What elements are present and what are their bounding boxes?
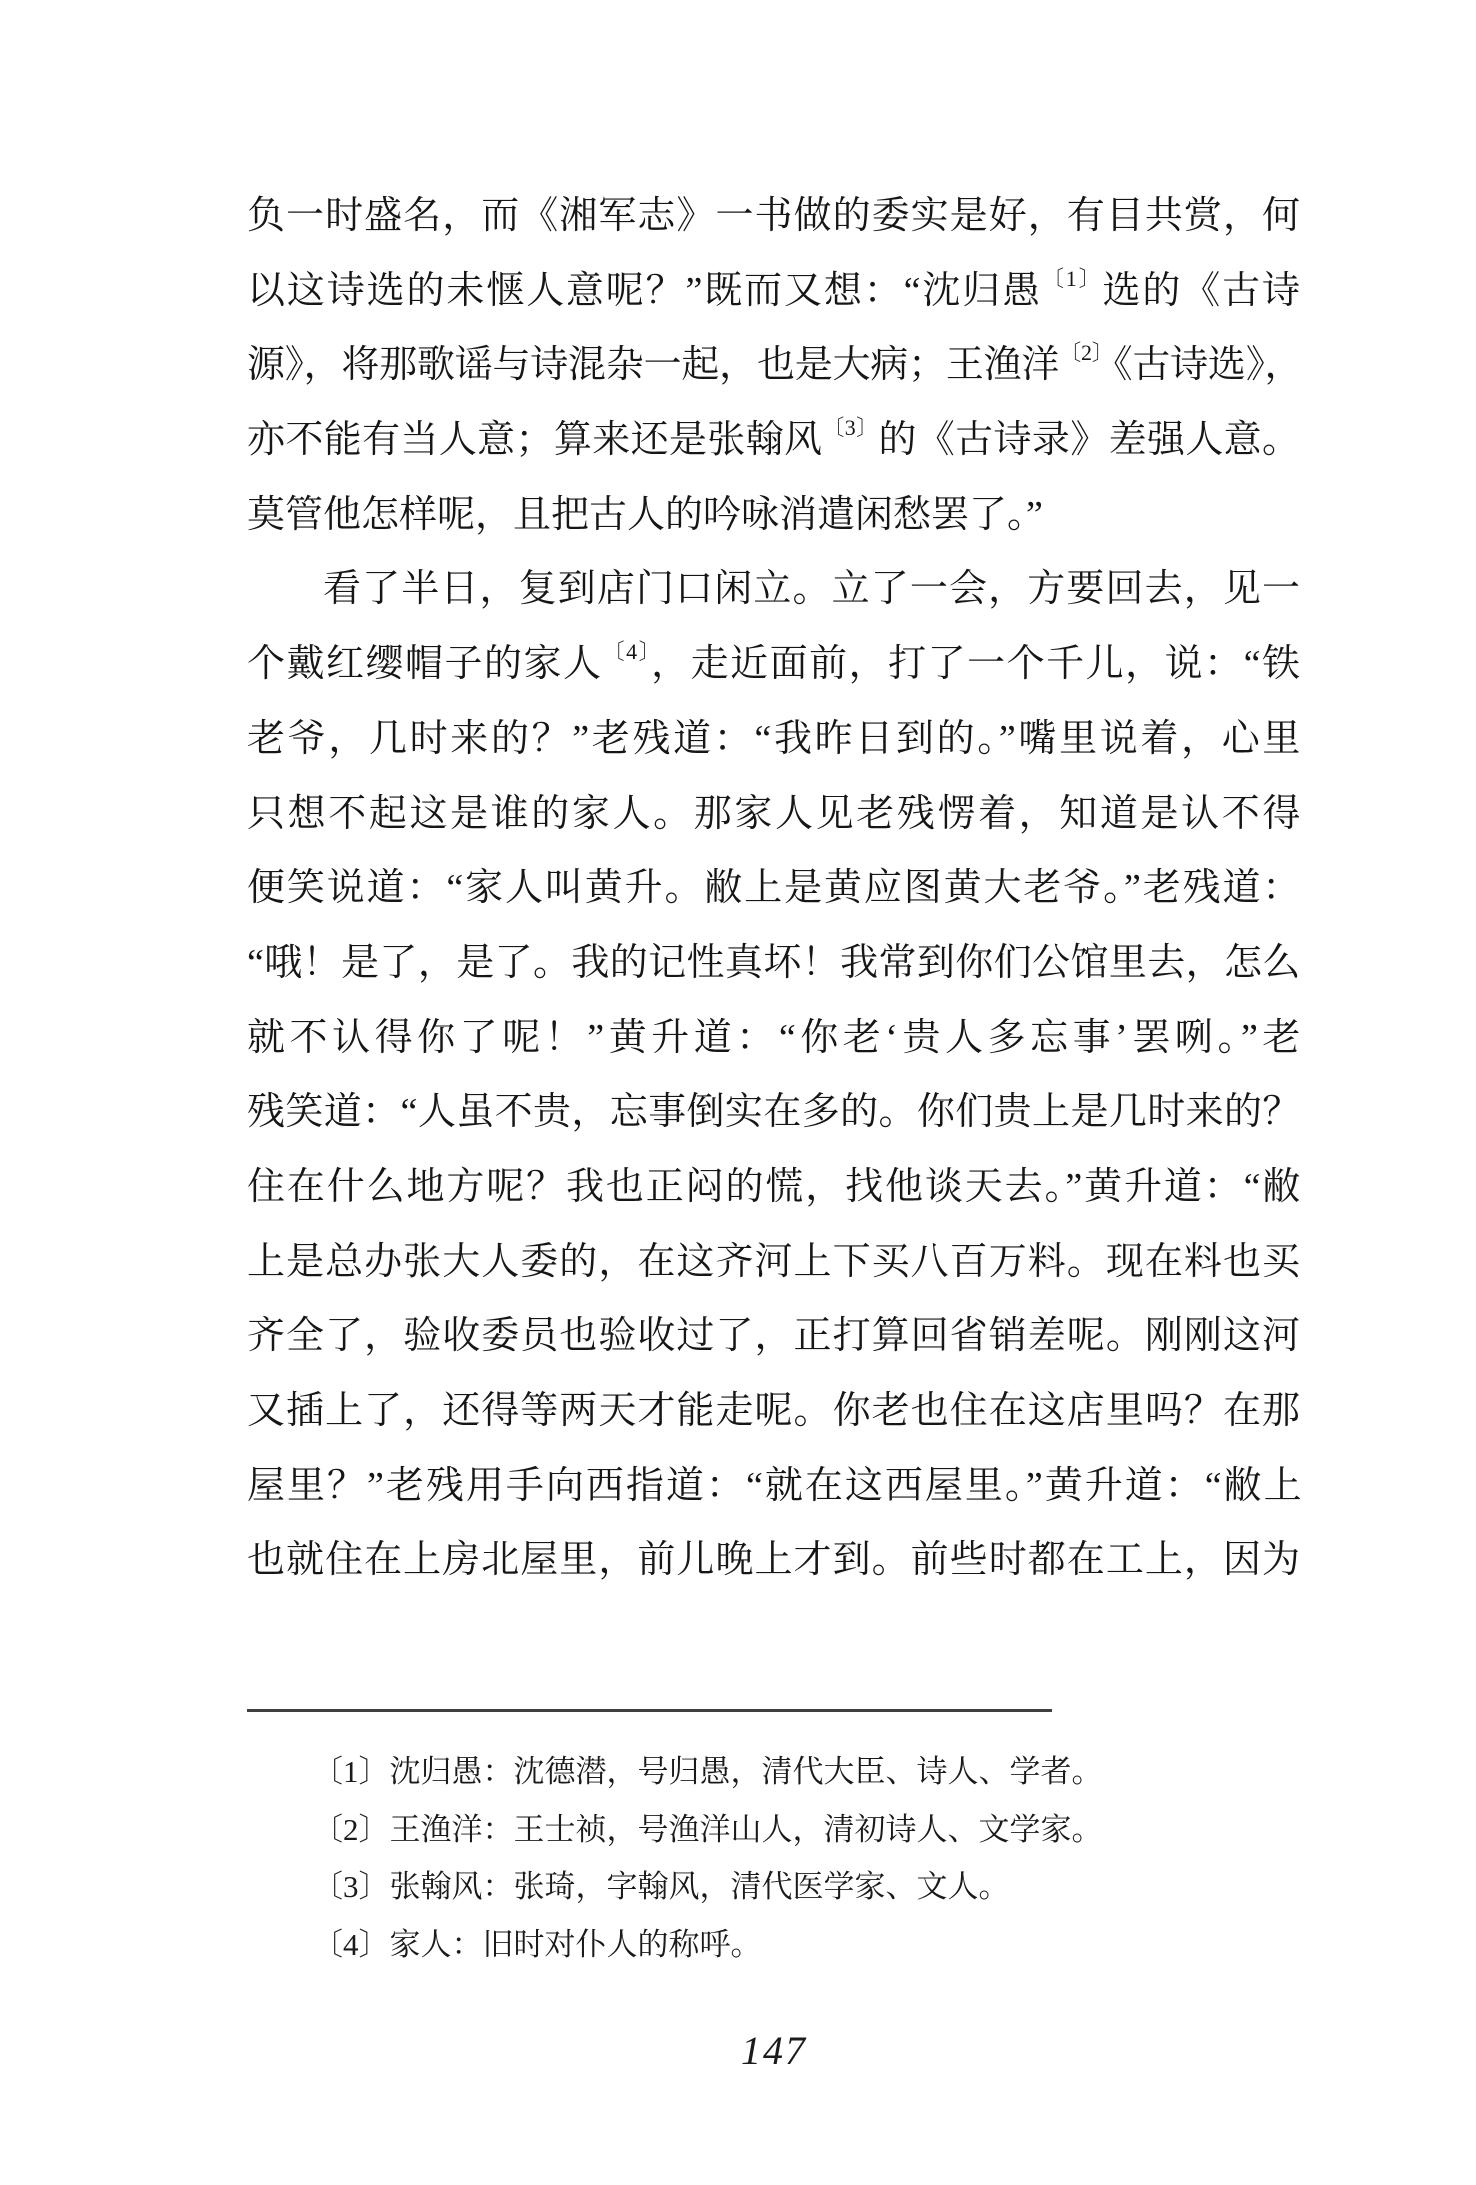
- text-run: 也就住在上房北屋里，前儿晚上才到。前些时都在工上，因为: [247, 1539, 1300, 1581]
- text-run: 屋里？”老残用手向西指道：“就在这西屋里。”黄升道：“敝上: [247, 1465, 1300, 1507]
- footnote-line: 〔3〕张翰风：张琦，字翰风，清代医学家、文人。: [312, 1858, 1362, 1916]
- footnote-ref: 〔1〕: [1042, 266, 1103, 291]
- text-line: 就不认得你了呢！”黄升道：“你老‘贵人多忘事’罢咧。”老: [247, 1001, 1300, 1076]
- text-run: 就不认得你了呢！”黄升道：“你老‘贵人多忘事’罢咧。”老: [247, 1017, 1300, 1059]
- footnote-ref: 〔3〕: [822, 415, 878, 440]
- text-run: 负一时盛名，而《湘军志》一书做的委实是好，有目共赏，何: [247, 195, 1300, 237]
- text-run: 残笑道：“人虽不贵，忘事倒实在多的。你们贵上是几时来的？: [247, 1091, 1300, 1133]
- text-line: 又插上了，还得等两天才能走呢。你老也住在这店里吗？在那: [247, 1374, 1300, 1449]
- text-line: 上是总办张大人委的，在这齐河上下买八百万料。现在料也买: [247, 1225, 1300, 1300]
- text-line: 个戴红缨帽子的家人〔4〕，走近面前，打了一个千儿，说：“铁: [247, 627, 1300, 702]
- text-run: 亦不能有当人意；算来还是张翰风: [247, 419, 822, 461]
- text-run: 《古诗选》，: [1114, 344, 1300, 386]
- text-line: 以这诗选的未惬人意呢？”既而又想：“沈归愚〔1〕选的《古诗: [247, 254, 1300, 329]
- text-run: “哦！是了，是了。我的记性真坏！我常到你们公馆里去，怎么: [247, 942, 1300, 984]
- text-line: 负一时盛名，而《湘军志》一书做的委实是好，有目共赏，何: [247, 179, 1300, 254]
- footnote-line: 〔1〕沈归愚：沈德潜，号归愚，清代大臣、诗人、学者。: [312, 1743, 1362, 1801]
- text-run: ，走近面前，打了一个千儿，说：“铁: [651, 643, 1300, 685]
- text-run: 莫管他怎样呢，且把古人的吟咏消遣闲愁罢了。”: [247, 494, 1043, 536]
- footnotes: 〔1〕沈归愚：沈德潜，号归愚，清代大臣、诗人、学者。〔2〕王渔洋：王士祯，号渔洋…: [312, 1743, 1362, 1973]
- text-run: 老爷，几时来的？”老残道：“我昨日到的。”嘴里说着，心里: [247, 718, 1300, 760]
- footnote-line: 〔4〕家人：旧时对仆人的称呼。: [312, 1916, 1362, 1974]
- text-line: 住在什么地方呢？我也正闷的慌，找他谈天去。”黄升道：“敝: [247, 1150, 1300, 1225]
- text-line: 莫管他怎样呢，且把古人的吟咏消遣闲愁罢了。”: [247, 478, 1300, 553]
- text-line: “哦！是了，是了。我的记性真坏！我常到你们公馆里去，怎么: [247, 926, 1300, 1001]
- text-run: 只想不起这是谁的家人。那家人见老残愣着，知道是认不得了，: [247, 793, 1300, 852]
- text-line: 便笑说道：“家人叫黄升。敝上是黄应图黄大老爷。”老残道：: [247, 851, 1300, 926]
- text-line: 也就住在上房北屋里，前儿晚上才到。前些时都在工上，因为: [247, 1523, 1300, 1598]
- text-run: 源》，将那歌谣与诗混杂一起，也是大病；王渔洋: [247, 344, 1059, 386]
- text-run: 选的《古诗: [1103, 270, 1300, 312]
- text-line: 齐全了，验收委员也验收过了，正打算回省销差呢。刚刚这河: [247, 1299, 1300, 1374]
- footnote-ref: 〔4〕: [603, 639, 652, 664]
- text-run: 便笑说道：“家人叫黄升。敝上是黄应图黄大老爷。”老残道：: [247, 867, 1300, 909]
- text-run: 又插上了，还得等两天才能走呢。你老也住在这店里吗？在那: [247, 1390, 1300, 1432]
- text-run: 个戴红缨帽子的家人: [247, 643, 603, 685]
- text-run: 以这诗选的未惬人意呢？”既而又想：“沈归愚: [247, 270, 1042, 312]
- text-line: 看了半日，复到店门口闲立。立了一会，方要回去，见一: [247, 552, 1300, 627]
- footnote-line: 〔2〕王渔洋：王士祯，号渔洋山人，清初诗人、文学家。: [312, 1801, 1362, 1859]
- text-run: 上是总办张大人委的，在这齐河上下买八百万料。现在料也买: [247, 1241, 1300, 1283]
- text-line: 老爷，几时来的？”老残道：“我昨日到的。”嘴里说着，心里: [247, 702, 1300, 777]
- text-line: 源》，将那歌谣与诗混杂一起，也是大病；王渔洋〔2〕《古诗选》，: [247, 328, 1300, 403]
- footnote-separator: [247, 1709, 1052, 1712]
- text-line: 亦不能有当人意；算来还是张翰风〔3〕的《古诗录》差强人意。: [247, 403, 1300, 478]
- text-run: 齐全了，验收委员也验收过了，正打算回省销差呢。刚刚这河: [247, 1315, 1300, 1357]
- text-line: 残笑道：“人虽不贵，忘事倒实在多的。你们贵上是几时来的？: [247, 1075, 1300, 1150]
- body-text: 负一时盛名，而《湘军志》一书做的委实是好，有目共赏，何以这诗选的未惬人意呢？”既…: [247, 179, 1300, 1598]
- text-line: 只想不起这是谁的家人。那家人见老残愣着，知道是认不得了，: [247, 777, 1300, 852]
- text-run: 住在什么地方呢？我也正闷的慌，找他谈天去。”黄升道：“敝: [247, 1166, 1300, 1208]
- text-run: 看了半日，复到店门口闲立。立了一会，方要回去，见一: [323, 568, 1300, 610]
- text-line: 屋里？”老残用手向西指道：“就在这西屋里。”黄升道：“敝上: [247, 1449, 1300, 1524]
- book-page: 负一时盛名，而《湘军志》一书做的委实是好，有目共赏，何以这诗选的未惬人意呢？”既…: [0, 0, 1476, 2185]
- footnote-ref: 〔2〕: [1059, 340, 1113, 365]
- text-run: 的《古诗录》差强人意。: [878, 419, 1300, 461]
- page-number: 147: [741, 2027, 807, 2074]
